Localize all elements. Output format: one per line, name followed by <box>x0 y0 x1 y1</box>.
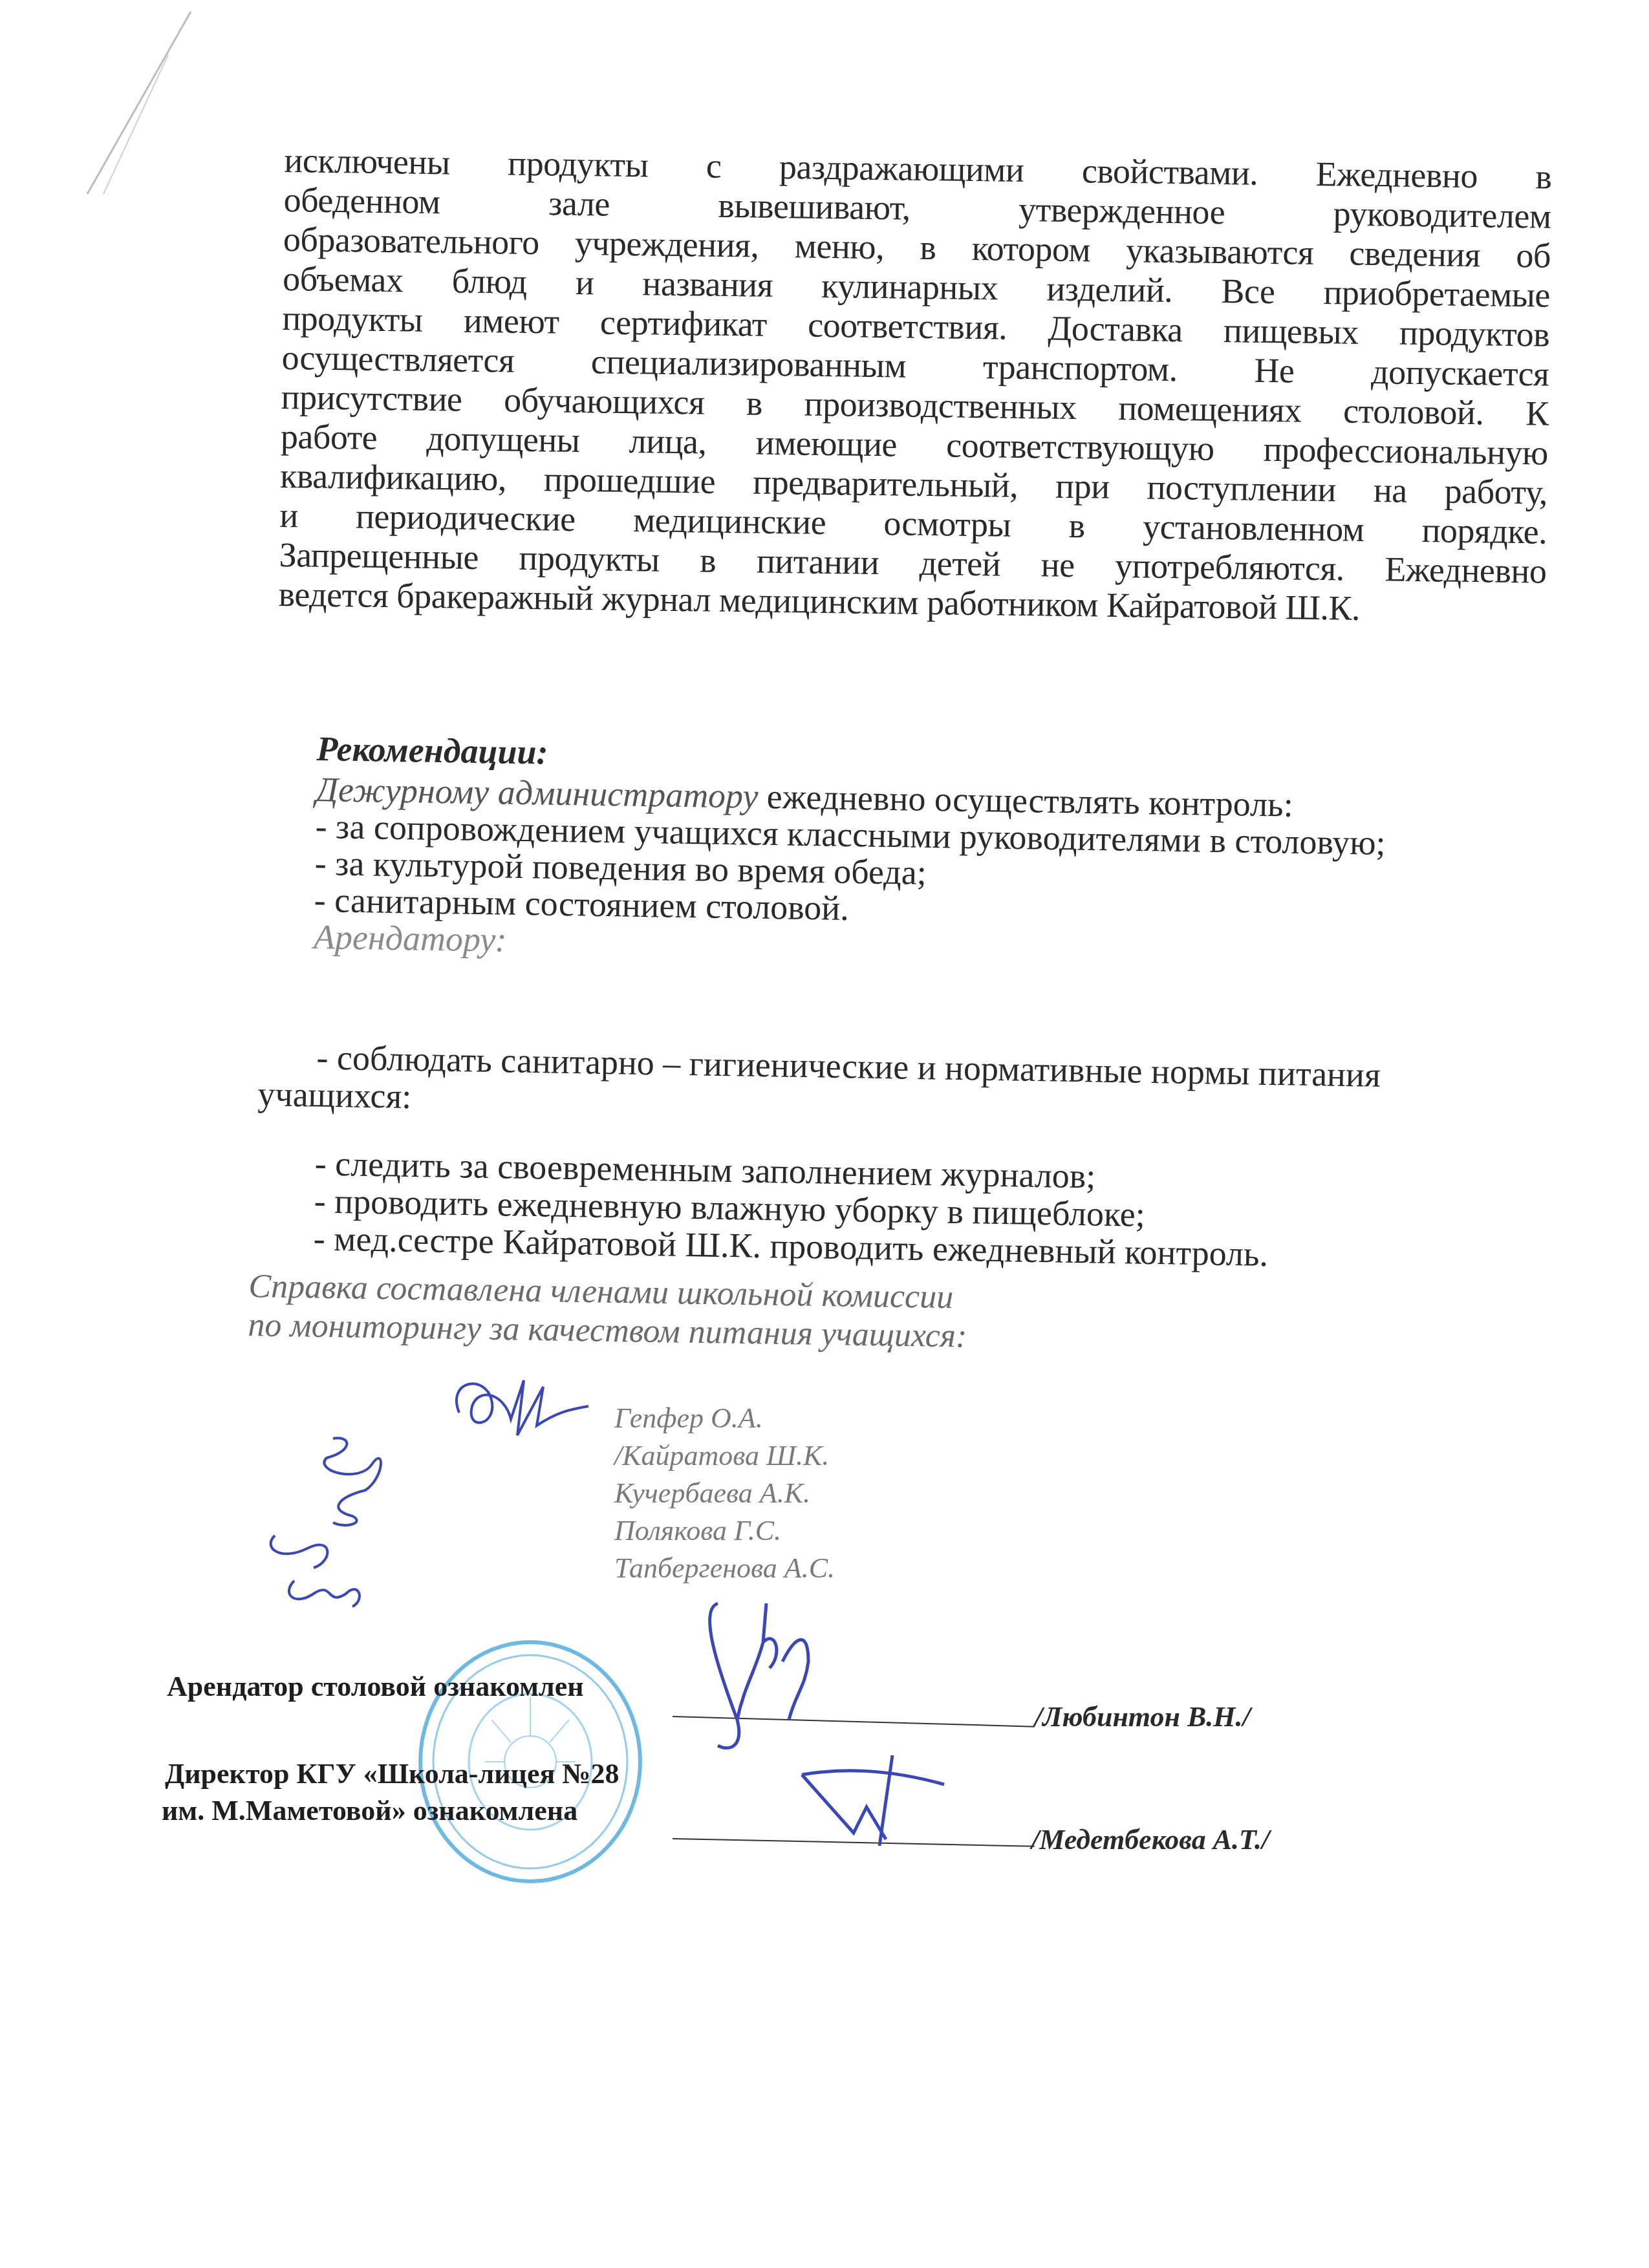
member-name: Полякова Г.С. <box>614 1512 835 1550</box>
lessee-instructions: - соблюдать санитарно – гигиенические и … <box>255 1038 1551 1278</box>
commission-note: Справка составлена членами школьной коми… <box>248 1267 968 1356</box>
pencil-mark <box>0 0 259 207</box>
director-ack-label-1: Директор КГУ «Школа-лицея №28 <box>165 1757 619 1790</box>
director-ack-label-2: им. М.Маметовой» ознакомлена <box>162 1794 577 1827</box>
signature-gepfer <box>446 1374 601 1445</box>
body-paragraph: исключены продукты с раздражающими свойс… <box>278 141 1551 631</box>
signature-lessee <box>692 1590 841 1759</box>
lessee-ack-label: Арендатор столовой ознакомлен <box>167 1670 584 1703</box>
member-name: /Кайратова Ш.К. <box>614 1437 835 1475</box>
scanned-document-page: исключены продукты с раздражающими свойс… <box>0 0 1649 2268</box>
commission-members-list: Гепфер О.А. /Кайратова Ш.К. Кучербаева А… <box>614 1400 835 1587</box>
director-name: /Медетбекова А.Т./ <box>1031 1823 1269 1856</box>
member-name: Гепфер О.А. <box>614 1400 835 1437</box>
lessee-name: /Любинтон В.Н./ <box>1035 1700 1251 1733</box>
member-name: Тапбергенова А.С. <box>614 1550 835 1587</box>
signature-group <box>255 1432 424 1613</box>
signature-director <box>789 1749 957 1852</box>
recommendations-section: Рекомендации: Дежурному администратору е… <box>314 731 1558 975</box>
member-name: Кучербаева А.К. <box>614 1475 835 1512</box>
